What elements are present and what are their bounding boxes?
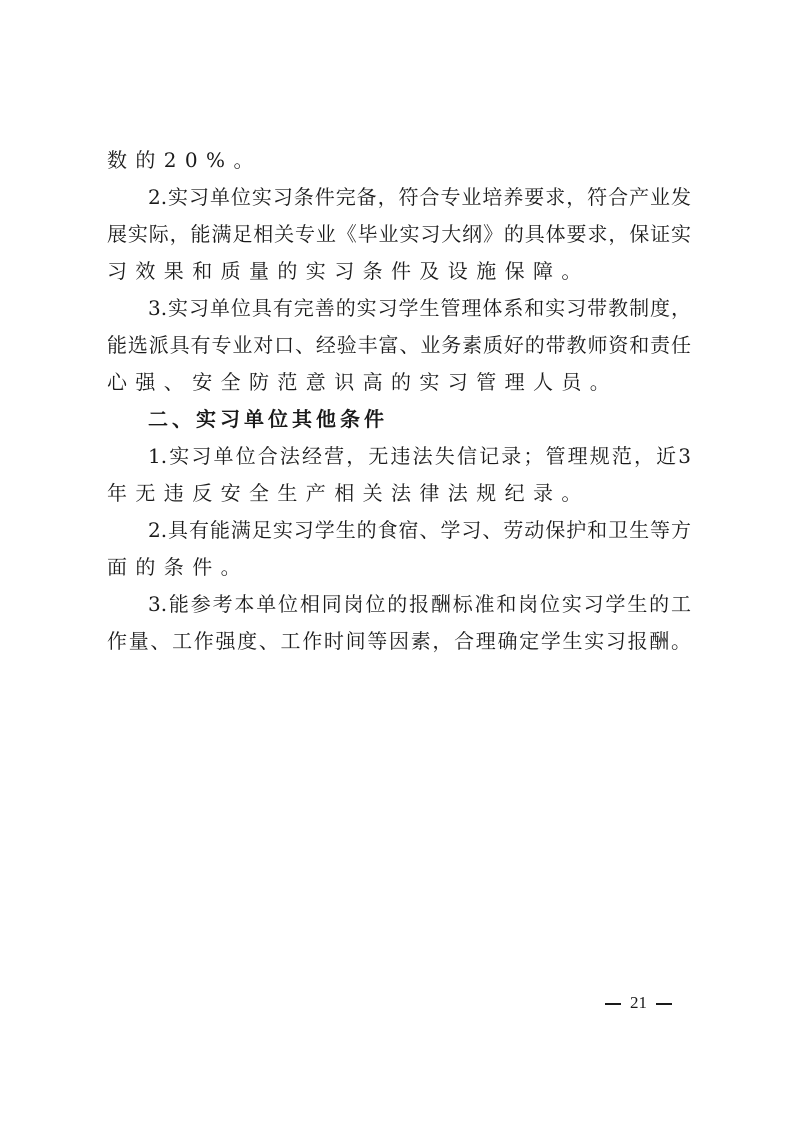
page-footer: 21 <box>596 993 681 1013</box>
page-number: 21 <box>630 993 647 1012</box>
paragraph-line: 习效果和质量的实习条件及设施保障。 <box>107 253 691 290</box>
paragraph-line: 展实际，能满足相关专业《毕业实习大纲》的具体要求，保证实 <box>107 216 691 253</box>
paragraph-line: 心强、安全防范意识高的实习管理人员。 <box>107 364 691 401</box>
paragraph-line: 2.具有能满足实习学生的食宿、学习、劳动保护和卫生等方 <box>107 512 691 549</box>
paragraph-line: 年无违反安全生产相关法律法规纪录。 <box>107 475 691 512</box>
dash-left <box>605 1003 621 1005</box>
paragraph-line: 面的条件。 <box>107 549 691 586</box>
paragraph-line: 作量、工作强度、工作时间等因素，合理确定学生实习报酬。 <box>107 623 691 660</box>
paragraph-line: 3.能参考本单位相同岗位的报酬标准和岗位实习学生的工 <box>107 586 691 623</box>
paragraph-line: 数的20%。 <box>107 142 691 179</box>
paragraph-line: 能选派具有专业对口、经验丰富、业务素质好的带教师资和责任 <box>107 327 691 364</box>
paragraph-line: 1.实习单位合法经营，无违法失信记录；管理规范，近3 <box>107 438 691 475</box>
paragraph-line: 3.实习单位具有完善的实习学生管理体系和实习带教制度， <box>107 290 691 327</box>
section-heading: 二、实习单位其他条件 <box>107 401 691 438</box>
document-body: 数的20%。 2.实习单位实习条件完备，符合专业培养要求，符合产业发 展实际，能… <box>107 142 691 660</box>
paragraph-line: 2.实习单位实习条件完备，符合专业培养要求，符合产业发 <box>107 179 691 216</box>
dash-right <box>656 1003 672 1005</box>
